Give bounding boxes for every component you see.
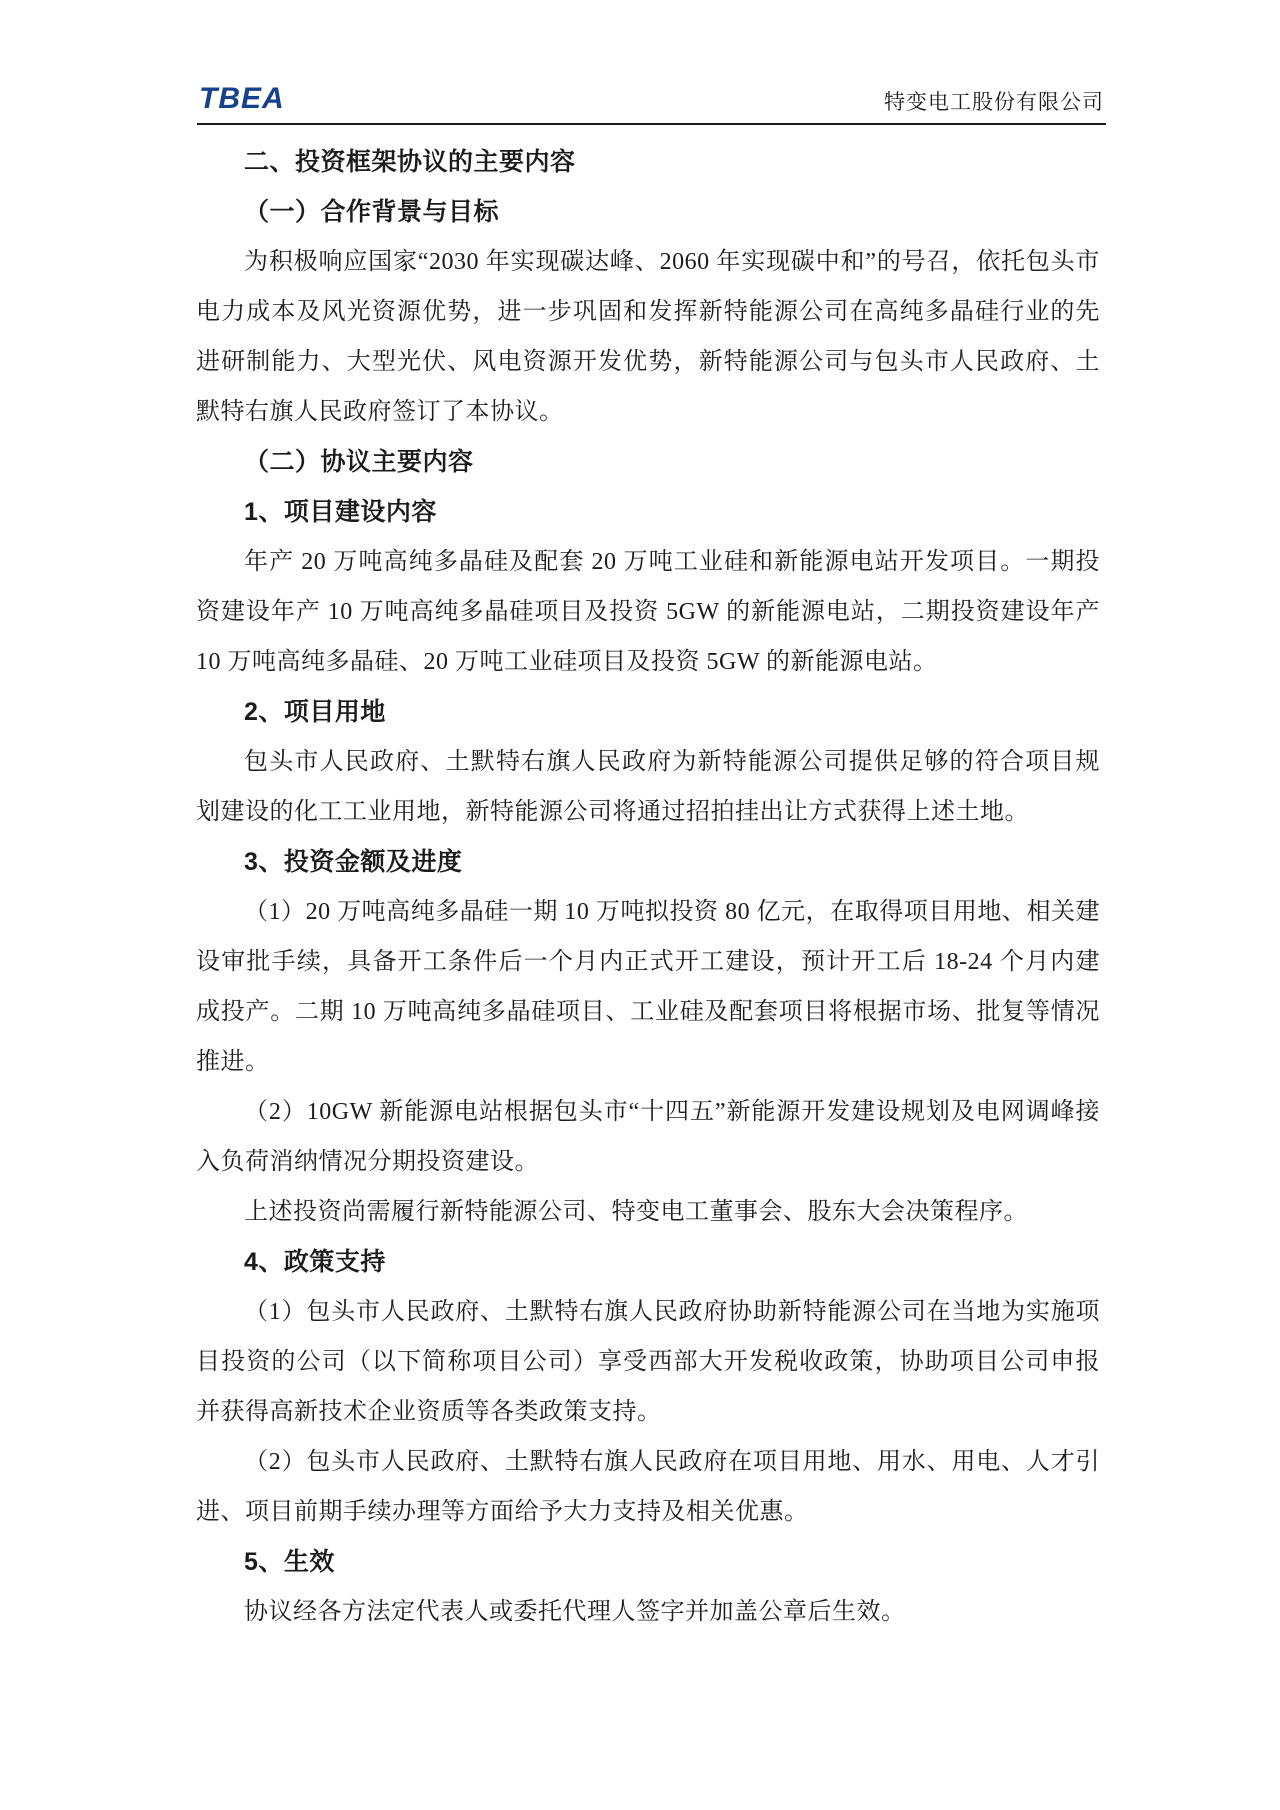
tbea-logo: TBEA xyxy=(199,84,285,114)
header-company-name: 特变电工股份有限公司 xyxy=(884,91,1104,114)
section-heading: 4、政策支持 xyxy=(196,1237,1100,1287)
paragraph: （1）包头市人民政府、土默特右旗人民政府协助新特能源公司在当地为实施项目投资的公… xyxy=(196,1287,1100,1437)
paragraph: （1）20 万吨高纯多晶硅一期 10 万吨拟投资 80 亿元，在取得项目用地、相… xyxy=(196,887,1100,1087)
section-heading: 2、项目用地 xyxy=(196,687,1100,737)
section-heading: 5、生效 xyxy=(196,1537,1100,1587)
document-body: 二、投资框架协议的主要内容（一）合作背景与目标为积极响应国家“2030 年实现碳… xyxy=(196,125,1100,1637)
paragraph: 协议经各方法定代表人或委托代理人签字并加盖公章后生效。 xyxy=(196,1587,1100,1637)
document-page: TBEA 特变电工股份有限公司 二、投资框架协议的主要内容（一）合作背景与目标为… xyxy=(0,0,1280,1810)
paragraph: （2）10GW 新能源电站根据包头市“十四五”新能源开发建设规划及电网调峰接入负… xyxy=(196,1087,1100,1187)
section-heading: 二、投资框架协议的主要内容 xyxy=(196,137,1100,187)
paragraph: 上述投资尚需履行新特能源公司、特变电工董事会、股东大会决策程序。 xyxy=(196,1187,1100,1237)
section-heading: 1、项目建设内容 xyxy=(196,487,1100,537)
section-heading: （二）协议主要内容 xyxy=(196,437,1100,487)
section-heading: 3、投资金额及进度 xyxy=(196,837,1100,887)
section-heading: （一）合作背景与目标 xyxy=(196,187,1100,237)
paragraph: 包头市人民政府、土默特右旗人民政府为新特能源公司提供足够的符合项目规划建设的化工… xyxy=(196,737,1100,837)
paragraph: 年产 20 万吨高纯多晶硅及配套 20 万吨工业硅和新能源电站开发项目。一期投资… xyxy=(196,537,1100,687)
paragraph: 为积极响应国家“2030 年实现碳达峰、2060 年实现碳中和”的号召，依托包头… xyxy=(196,237,1100,437)
page-header: TBEA 特变电工股份有限公司 xyxy=(197,0,1106,125)
paragraph: （2）包头市人民政府、土默特右旗人民政府在项目用地、用水、用电、人才引进、项目前… xyxy=(196,1437,1100,1537)
